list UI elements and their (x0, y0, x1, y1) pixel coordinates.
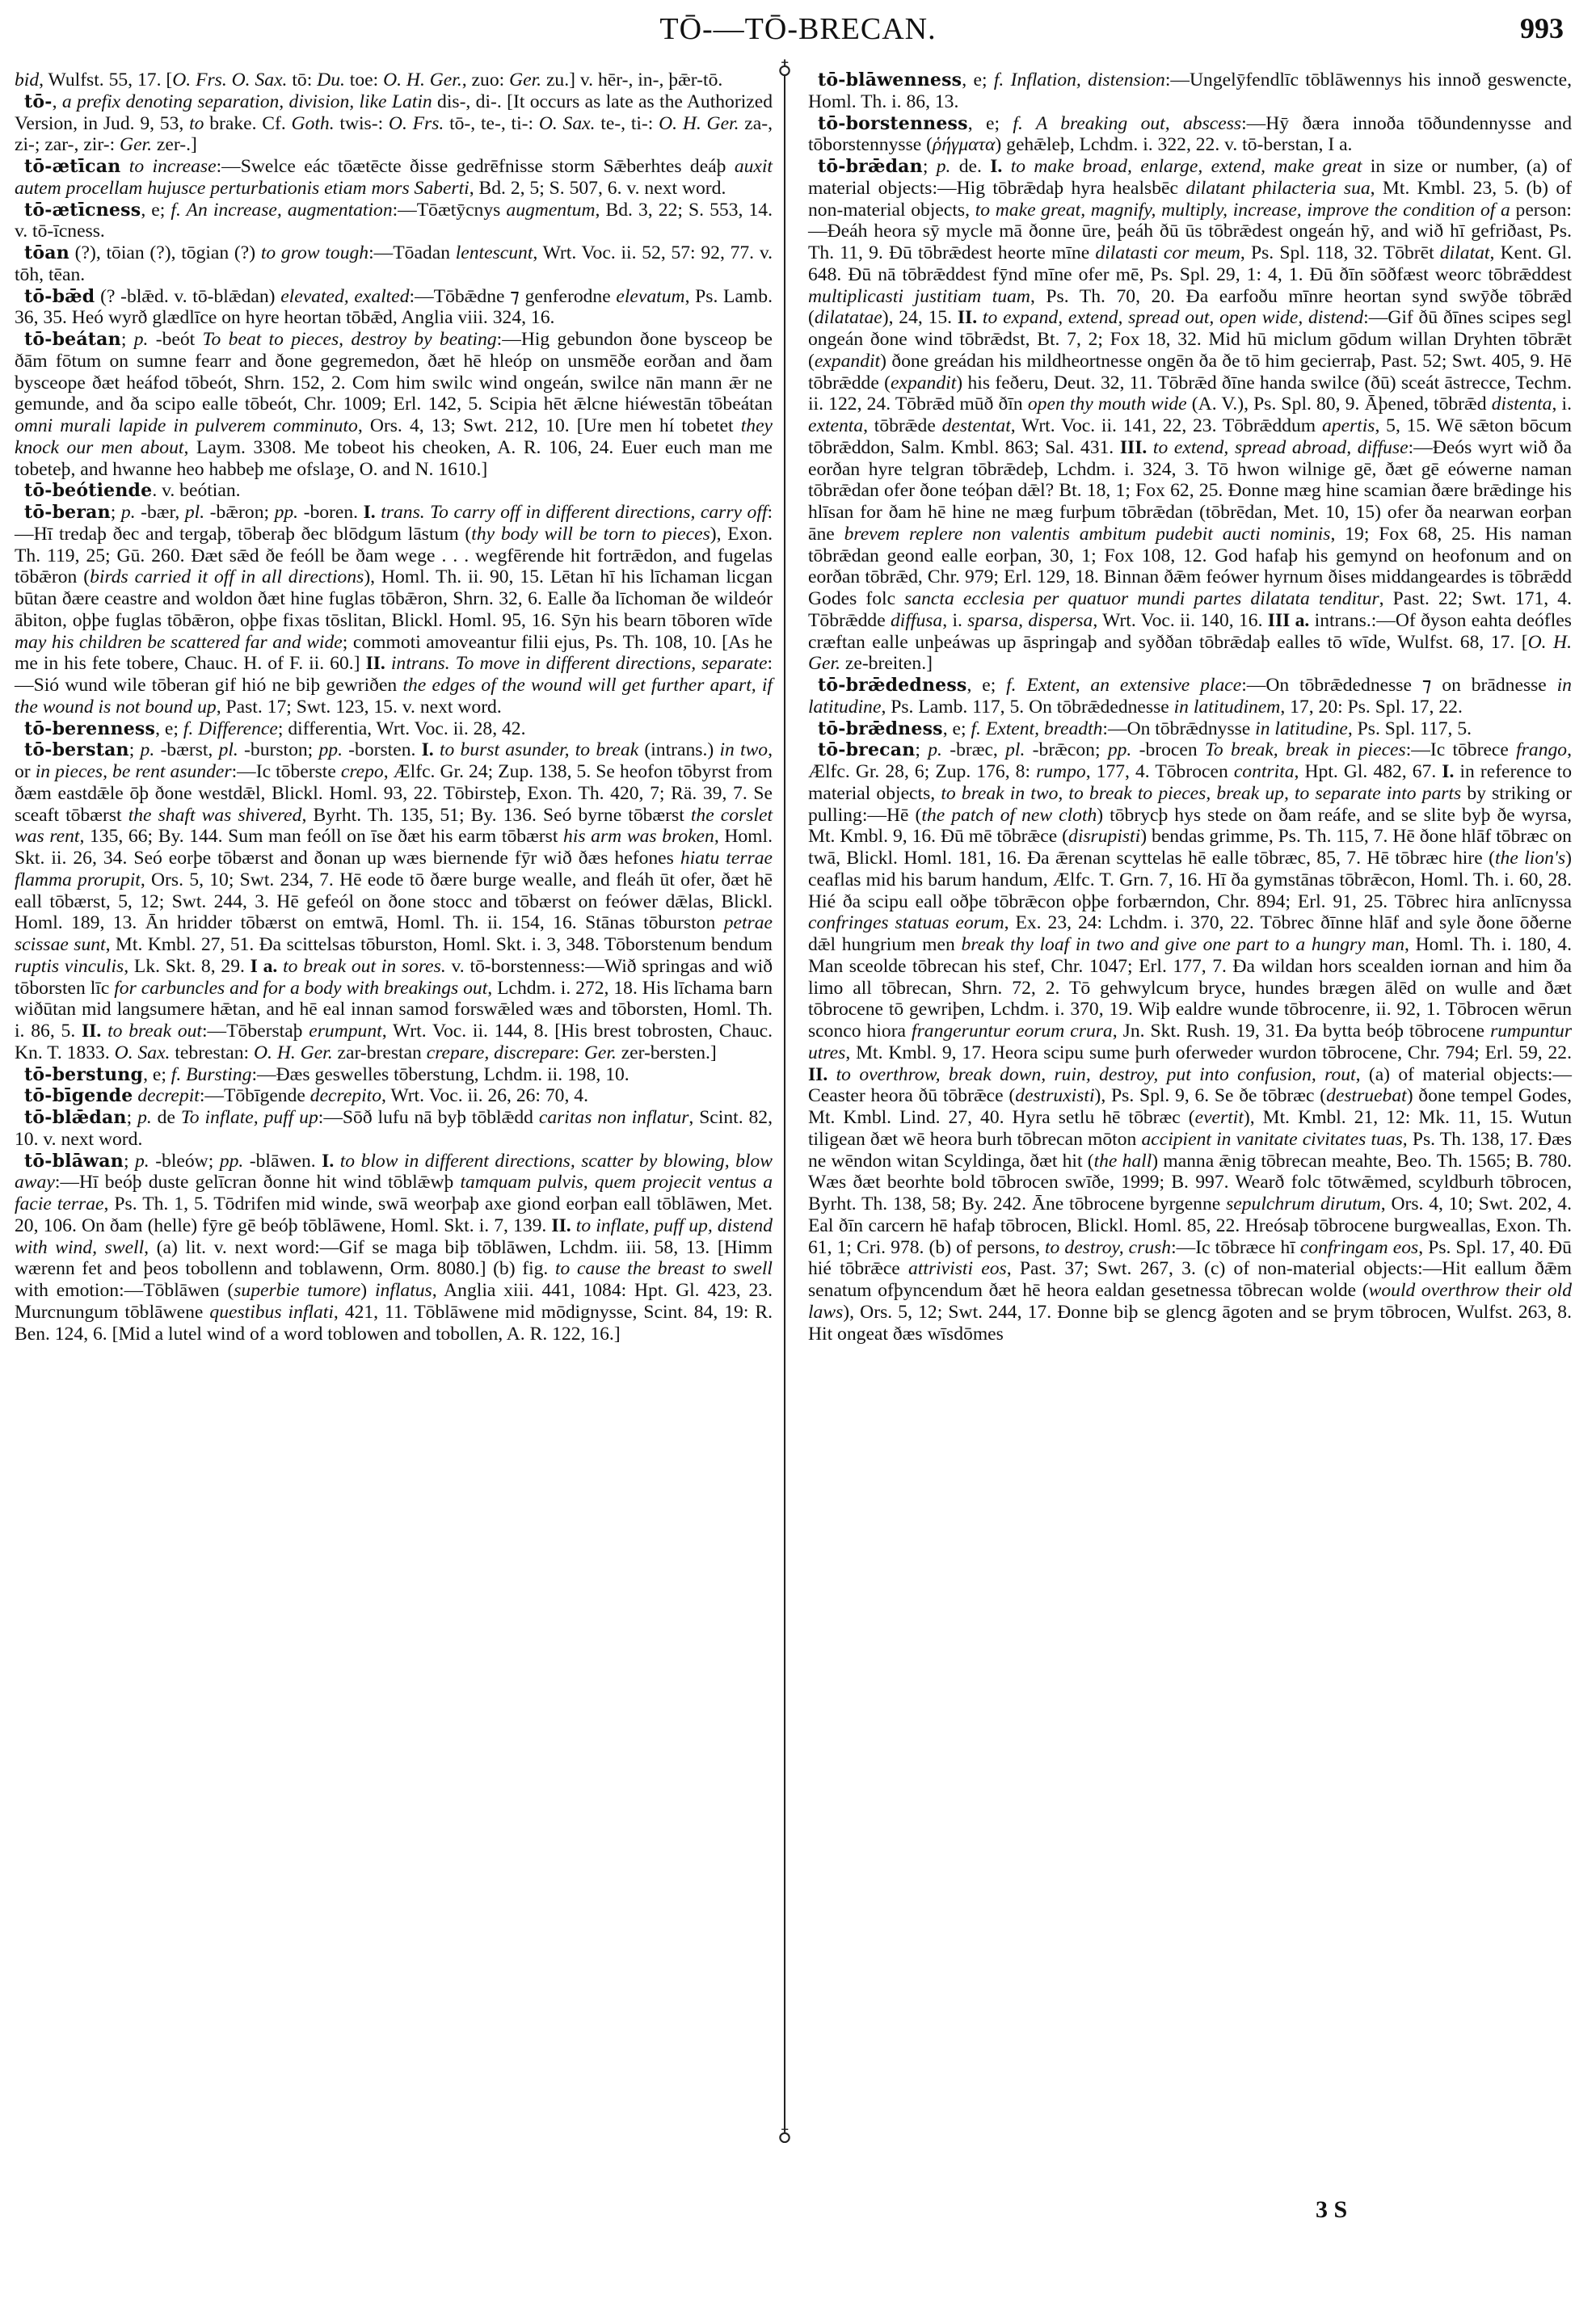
sense-number: II. (958, 307, 977, 328)
entry-text (120, 156, 128, 177)
italic-text: the lion's (1495, 848, 1565, 869)
page-header: TŌ-—TŌ-BRECAN. 993 (0, 6, 1596, 55)
italic-text: break thy loaf in two and give one part … (961, 934, 1404, 955)
italic-text: pl. (1005, 739, 1025, 760)
headword: tō-berenness (24, 718, 155, 739)
italic-text: f. Extent, breadth (971, 718, 1102, 739)
italic-text: destruxisti (1015, 1085, 1094, 1106)
italic-text: pp. (275, 502, 299, 523)
entry-text: , Ps. Lamb. 117, 5. On tōbrǣdednesse (881, 697, 1173, 718)
entry-text: , Lk. Skt. 8, 29. (124, 956, 250, 977)
entry-text: , Jn. Skt. Rush. 19, 31. Ða bytta beóþ t… (1113, 1021, 1490, 1042)
entry-text: :—Swelce eác tōætēcte ðisse gedrēfnisse … (217, 156, 735, 177)
entry-text: ; (127, 1107, 137, 1128)
headword: tō-blāwenness (818, 69, 962, 91)
headword: tō-beátan (24, 329, 121, 350)
printer-signature: 3 S (1316, 2196, 1347, 2224)
headword: tō-brecan (818, 739, 915, 760)
entry-text: , zuo: (462, 69, 509, 91)
entry-text: ) (360, 1280, 375, 1301)
entry-text: -bræc, (942, 739, 1005, 760)
italic-text: O. Frs. (389, 113, 444, 134)
italic-text: elevated, exalted (280, 286, 409, 307)
italic-text: to break out (107, 1021, 202, 1042)
entry-text: ; (129, 739, 141, 760)
entry-text: , e; (143, 1064, 171, 1085)
italic-text: f. An increase, augmentation (171, 200, 392, 221)
headword: tō-beótiende (24, 480, 152, 501)
italic-text: frangeruntur eorum crura (912, 1021, 1113, 1042)
entry-text: , Past. 17; Swt. 123, 15. v. next word. (217, 697, 502, 718)
italic-text: crepo (341, 761, 384, 782)
headword: tō-bǣd (24, 286, 95, 307)
italic-text: in pieces, be rent asunder (36, 761, 232, 782)
entry-text: toe: (345, 69, 383, 91)
entry-text: , Bd. 2, 5; S. 507, 6. v. next word. (470, 178, 726, 199)
italic-text: to cause the breast to swell (555, 1258, 773, 1279)
headword: tō-beran (24, 502, 111, 523)
italic-text: in latitudine (1255, 718, 1348, 739)
italic-text: a prefix denoting separation, division, … (62, 91, 432, 112)
page-number: 993 (1520, 11, 1564, 45)
italic-text: To inflate, puff up (181, 1107, 318, 1128)
headword: tō-blāwan (24, 1151, 124, 1172)
headword: tō-brǣdedness (818, 675, 967, 696)
dictionary-entry: tō-beátan; p. -beót To beat to pieces, d… (15, 329, 773, 480)
sense-number: I. (322, 1151, 334, 1172)
entry-text: . v. beótian. (152, 480, 240, 501)
dictionary-entry: tō-beran; p. -bær, pl. -bǣron; pp. -bore… (15, 502, 773, 718)
headword: tō-ætīcan (24, 156, 120, 177)
italic-text: distenta (1492, 394, 1552, 415)
entry-text: tebrestan: (170, 1042, 254, 1063)
entry-text: -bleów; (149, 1151, 220, 1172)
dictionary-entry: tō-blǣdan; p. de To inflate, puff up:—Sō… (15, 1107, 773, 1151)
dictionary-entry: tō-berstan; p. -bærst, pl. -burston; pp.… (15, 739, 773, 1063)
italic-text: to overthrow, break down, ruin, destroy,… (836, 1064, 1356, 1085)
italic-text: f. Extent, an extensive place (1006, 675, 1241, 696)
sense-number: III a. (1268, 610, 1310, 631)
entry-text: :—Tōbīgende (200, 1085, 310, 1106)
italic-text: his arm was broken (563, 826, 714, 847)
headword: tō-berstung (24, 1064, 143, 1085)
entry-text: :—On tōbrǣdnysse (1102, 718, 1255, 739)
entry-text: , 177, 4. Tōbrocen (1086, 761, 1234, 782)
italic-text: to burst asunder, to break (440, 739, 638, 760)
italic-text: p. (937, 156, 951, 177)
sense-number: I. (1442, 761, 1454, 782)
italic-text: brevem replere non valentis ambitum pude… (844, 524, 1331, 545)
entry-text (334, 1151, 340, 1172)
entry-text: : (574, 1042, 583, 1063)
headword: tō-berstan (24, 739, 129, 760)
italic-text: contrita (1234, 761, 1295, 782)
dictionary-entry: tō-brǣdness, e; f. Extent, breadth:—On t… (808, 718, 1572, 740)
divider-ornament-top-icon: ♁ (777, 58, 792, 78)
entry-text: -borsten. (343, 739, 422, 760)
entry-text: (intrans.) (638, 739, 719, 760)
dictionary-entry: tō-ætīcness, e; f. An increase, augmenta… (15, 200, 773, 243)
entry-text: :—Tōbǣdne ⁊ genferodne (410, 286, 617, 307)
entry-text: :—Tōberstaþ (202, 1021, 309, 1042)
italic-text: O. Sax. (115, 1042, 171, 1063)
entry-text: zer-.] (152, 134, 197, 155)
entry-text: ze-breiten.] (840, 653, 933, 674)
entry-text: , e; (962, 69, 994, 91)
dictionary-entry: tō-bǣd (? -blǣd. v. tō-blǣdan) elevated,… (15, 286, 773, 330)
dictionary-entry: tō-brecan; p. -bræc, pl. -brǣcon; pp. -b… (808, 739, 1572, 1345)
italic-text: p. (135, 1151, 149, 1172)
italic-text: dilatat (1440, 242, 1490, 263)
entry-text (385, 653, 391, 674)
sense-number: I. (990, 156, 1002, 177)
dictionary-entry: tōan (?), tōian (?), tōgian (?) to grow … (15, 242, 773, 286)
italic-text: sparsa, dispersa (967, 610, 1093, 631)
italic-text: p. (134, 329, 149, 350)
sense-number: II. (551, 1215, 571, 1236)
italic-text: to destroy, crush (1045, 1237, 1171, 1258)
entry-text: , 135, 66; By. 144. Sum man feóll on īse… (79, 826, 563, 847)
entry-text: ; (111, 502, 121, 523)
entry-text: , e; (967, 675, 1007, 696)
italic-text: pl. (219, 739, 238, 760)
italic-text: crepare, discrepare (427, 1042, 575, 1063)
italic-text: attrivisti eos (908, 1258, 1007, 1279)
italic-text: lentescunt (456, 242, 533, 263)
italic-text: O. Sax. (539, 113, 596, 134)
headword: tōan (24, 242, 69, 263)
italic-text: p. (137, 1107, 152, 1128)
entry-text: tō-, te-, ti-: (444, 113, 539, 134)
sense-number: II. (366, 653, 385, 674)
italic-text: pp. (1108, 739, 1132, 760)
italic-text: pl. (185, 502, 204, 523)
entry-text: ), Ps. Spl. 9, 6. Se ðe tōbræc ( (1095, 1085, 1327, 1106)
italic-text: f. Bursting (171, 1064, 252, 1085)
italic-text: erumpunt (309, 1021, 381, 1042)
entry-text: , e; (968, 113, 1013, 134)
dictionary-entry: tō-beótiende. v. beótian. (15, 480, 773, 502)
italic-text: to make great, magnify, multiply, increa… (975, 200, 1510, 221)
entry-text: (? -blǣd. v. tō-blǣdan) (95, 286, 280, 307)
entry-text: :—Ic tōbrece (1406, 739, 1516, 760)
entry-text: de (152, 1107, 181, 1128)
italic-text: f. Inflation, distension (994, 69, 1165, 91)
italic-text: sancta ecclesia per quatuor mundi partes… (904, 588, 1379, 609)
entry-text: , i. (1552, 394, 1572, 415)
headword: tō-borstenness (818, 113, 968, 134)
sense-number: III. (1120, 437, 1147, 458)
italic-text: intrans. To move in different directions… (391, 653, 768, 674)
italic-text: Du. (317, 69, 345, 91)
italic-text: to extend, spread abroad, diffuse (1153, 437, 1409, 458)
entry-text: , Wrt. Voc. ii. 141, 22, 23. Tōbrǣddum (1011, 415, 1322, 436)
entry-text: -burston; (238, 739, 319, 760)
entry-text: (A. V.), Ps. Spl. 80, 9. Āþened, tōbrǣd (1187, 394, 1492, 415)
entry-text (434, 739, 440, 760)
entry-text (1147, 437, 1153, 458)
entry-text: ), Ors. 5, 12; Swt. 244, 17. Ðonne biþ s… (808, 1302, 1572, 1345)
entry-text: -bær, (136, 502, 185, 523)
italic-text: Ger. (120, 134, 152, 155)
italic-text: may his children be scattered far and wi… (15, 632, 343, 653)
entry-text: , Mt. Kmbl. 27, 51. Ða scittelsas tōburs… (106, 934, 773, 955)
entry-text: tō: (287, 69, 317, 91)
dictionary-entry: tō-ætīcan to increase:—Swelce eác tōætēc… (15, 156, 773, 200)
italic-text: ῥήγματα (933, 134, 995, 155)
entry-text: , Ps. Spl. 118, 32. Tōbrēt (1240, 242, 1440, 263)
divider-ornament-bottom-icon: ♁ (777, 2125, 792, 2145)
italic-text: to grow tough (261, 242, 368, 263)
italic-text: to make broad, enlarge, extend, make gre… (1011, 156, 1362, 177)
entry-text (977, 307, 983, 328)
sense-number: II. (808, 1064, 827, 1085)
entry-text: -brocen (1131, 739, 1205, 760)
italic-text: p. (121, 502, 136, 523)
italic-text: destruebat (1326, 1085, 1407, 1106)
entry-text: te-, ti-: (596, 113, 659, 134)
entry-text (101, 1021, 107, 1042)
entry-text: , e; (141, 200, 171, 221)
italic-text: extenta (808, 415, 863, 436)
italic-text: caritas non inflatur (539, 1107, 689, 1128)
dictionary-entry: tō-brǣdedness, e; f. Extent, an extensiv… (808, 675, 1572, 718)
dictionary-entry: bid, Wulfst. 55, 17. [O. Frs. O. Sax. tō… (15, 69, 773, 91)
italic-text: O. Frs. O. Sax. (172, 69, 287, 91)
headword: tō-blǣdan (24, 1107, 127, 1128)
entry-text: :—Ic tōbræce hī (1171, 1237, 1300, 1258)
entry-text: with emotion:—Tōblāwen ( (15, 1280, 234, 1301)
italic-text: augmentum (506, 200, 595, 221)
italic-text: accipient in vanitate civitates tuas (1141, 1129, 1402, 1150)
entry-text: :—Tōætȳcnys (393, 200, 507, 221)
entry-text: de. (950, 156, 990, 177)
italic-text: Goth. (292, 113, 335, 134)
dictionary-entry: tō-blāwan; p. -bleów; pp. -blāwen. I. to… (15, 1151, 773, 1345)
italic-text: O. H. Ger. (659, 113, 739, 134)
italic-text: Ger. (509, 69, 541, 91)
italic-text: confringam eos (1300, 1237, 1418, 1258)
entry-text: , Ps. Spl. 117, 5. (1348, 718, 1472, 739)
entry-text: , e; (943, 718, 971, 739)
italic-text: f. A breaking out, abscess (1013, 113, 1241, 134)
entry-text: zer-bersten.] (617, 1042, 717, 1063)
italic-text: in latitudinem (1174, 697, 1281, 718)
italic-text: the shaft was shivered (128, 805, 302, 826)
entry-text: -brǣcon; (1025, 739, 1107, 760)
entry-text: ; differentia, Wrt. Voc. ii. 28, 42. (278, 718, 526, 739)
italic-text: open thy mouth wide (1028, 394, 1187, 415)
dictionary-entry: tō-berstung, e; f. Bursting:—Ðæs geswell… (15, 1064, 773, 1086)
italic-text: p. (141, 739, 155, 760)
entry-text (1002, 156, 1010, 177)
entry-text: twis-: (335, 113, 389, 134)
entry-text: , Mt. Kmbl. 9, 17. Heora scipu sume þurh… (845, 1042, 1572, 1063)
italic-text: To beat to pieces, destroy by beating (203, 329, 497, 350)
italic-text: for carbuncles and for a body with break… (114, 978, 487, 999)
italic-text: multiplicasti justitiam tuam (808, 286, 1030, 307)
italic-text: ruptis vinculis (15, 956, 124, 977)
italic-text: destentat (942, 415, 1011, 436)
italic-text: rumpo (1036, 761, 1086, 782)
italic-text: decrepito (310, 1085, 381, 1106)
sense-number: I. (364, 502, 376, 523)
italic-text: thy body will be torn to pieces (471, 524, 710, 545)
entry-text: -boren. (298, 502, 364, 523)
italic-text: disrupisti (1068, 826, 1140, 847)
sense-number: II. (82, 1021, 101, 1042)
italic-text: to (189, 113, 204, 134)
italic-text: To break, break in pieces (1205, 739, 1406, 760)
italic-text: elevatum (616, 286, 684, 307)
italic-text: O. H. Ger. (383, 69, 462, 91)
italic-text: questibus inflati (209, 1302, 334, 1323)
entry-text: (?), tōian (?), tōgian (?) (69, 242, 261, 263)
sense-number: I. (422, 739, 434, 760)
entry-text: :—Sōð lufu nā byþ tōblǣdd (318, 1107, 539, 1128)
entry-text: , Wrt. Voc. ii. 140, 16. (1093, 610, 1267, 631)
italic-text: frango (1516, 739, 1567, 760)
entry-text: -bærst, (154, 739, 218, 760)
left-column: bid, Wulfst. 55, 17. [O. Frs. O. Sax. tō… (15, 69, 773, 1345)
sense-number: I a. (251, 956, 278, 977)
italic-text: Ger. (584, 1042, 617, 1063)
entry-text: , 17, 20: Ps. Spl. 17, 22. (1280, 697, 1463, 718)
italic-text: in two (719, 739, 768, 760)
entry-text: -bǣron; (204, 502, 274, 523)
italic-text: pp. (318, 739, 343, 760)
entry-text: zar-brestan (333, 1042, 427, 1063)
italic-text: bid (15, 69, 39, 91)
italic-text: inflatus (375, 1280, 432, 1301)
entry-text: brake. Cf. (204, 113, 291, 134)
entry-text: ; (121, 329, 134, 350)
entry-text: , e; (155, 718, 183, 739)
italic-text: dilatasti cor meum (1095, 242, 1240, 263)
italic-text: decrepit (137, 1085, 199, 1106)
entry-text: ; (915, 739, 928, 760)
headword: tō- (24, 91, 53, 112)
italic-text: omni murali lapide in pulverem comminuto (15, 415, 358, 436)
italic-text: f. Difference (183, 718, 278, 739)
italic-text: confringes statuas eorum (808, 912, 1004, 933)
headword: tō-ætīcness (24, 200, 141, 221)
headword: tō-bīgende (24, 1085, 133, 1106)
italic-text: birds carried it off in all directions (90, 566, 364, 587)
italic-text: to break out in sores. (283, 956, 446, 977)
italic-text: apertis (1322, 415, 1375, 436)
italic-text: trans. To carry off in different directi… (381, 502, 767, 523)
entry-text: , Byrht. Th. 135, 51; By. 136. Seó byrne… (301, 805, 690, 826)
entry-text: , i. (942, 610, 967, 631)
entry-text: :—Hī beóþ duste gelīcran ðonne hit wind … (55, 1172, 461, 1193)
entry-text: , (53, 91, 62, 112)
italic-text: to expand, extend, spread out, open wide… (983, 307, 1363, 328)
headword: tō-brǣdan (818, 156, 923, 177)
dictionary-entry: tō-berenness, e; f. Difference; differen… (15, 718, 773, 740)
italic-text: expandit (815, 351, 880, 372)
italic-text: the patch of new cloth (921, 805, 1097, 826)
entry-text: -beót (148, 329, 202, 350)
entry-text: -blāwen. (243, 1151, 322, 1172)
entry-text: zu.] v. hēr-, in-, þǣr-tō. (541, 69, 722, 91)
entry-text: , Wulfst. 55, 17. [ (39, 69, 172, 91)
headword: tō-brǣdness (818, 718, 943, 739)
italic-text: diffusa (891, 610, 942, 631)
entry-text: ), 24, 15. (882, 307, 958, 328)
entry-text: :—On tōbrǣdednesse ⁊ on brādnesse (1241, 675, 1556, 696)
italic-text: superbie tumore (234, 1280, 360, 1301)
entry-text: :—Ic tōberste (232, 761, 341, 782)
entry-text: ; (124, 1151, 135, 1172)
entry-text: , Ors. 4, 13; Swt. 212, 10. [Ure men hí … (358, 415, 741, 436)
italic-text: dilatant philacteria sua (1185, 178, 1370, 199)
dictionary-entry: tō-blāwenness, e; f. Inflation, distensi… (808, 69, 1572, 113)
italic-text: O. H. Ger. (254, 1042, 333, 1063)
entry-text: :—Ðæs geswelles tōberstung, Lchdm. ii. 1… (251, 1064, 629, 1085)
entry-text: :—Tōadan (368, 242, 456, 263)
italic-text: pp. (220, 1151, 244, 1172)
right-column: tō-blāwenness, e; f. Inflation, distensi… (808, 69, 1572, 1345)
entry-text: ) gehǣleþ, Lchdm. i. 322, 22. v. tō-bers… (995, 134, 1352, 155)
column-divider (784, 74, 785, 2131)
running-head: TŌ-—TŌ-BRECAN. (0, 11, 1596, 47)
dictionary-entry: tō-brǣdan; p. de. I. to make broad, enla… (808, 156, 1572, 675)
dictionary-entry: tō-borstenness, e; f. A breaking out, ab… (808, 113, 1572, 157)
italic-text: p. (928, 739, 942, 760)
italic-text: to break in two, to break to pieces, bre… (941, 783, 1461, 804)
italic-text: dilatatae (815, 307, 882, 328)
entry-text: , tōbrǣde (863, 415, 941, 436)
entry-text: , Wrt. Voc. ii. 26, 26: 70, 4. (381, 1085, 588, 1106)
entry-text: ; (923, 156, 937, 177)
dictionary-entry: tō-bīgende decrepit:—Tōbīgende decrepito… (15, 1085, 773, 1107)
italic-text: evertit (1195, 1107, 1244, 1128)
dictionary-entry: tō-, a prefix denoting separation, divis… (15, 91, 773, 156)
italic-text: expandit (891, 373, 956, 394)
italic-text: sepulchrum dirutum (1226, 1193, 1381, 1214)
entry-text: , Hpt. Gl. 482, 67. (1295, 761, 1442, 782)
italic-text: the hall (1094, 1151, 1152, 1172)
entry-text (827, 1064, 836, 1085)
italic-text: to increase (129, 156, 217, 177)
